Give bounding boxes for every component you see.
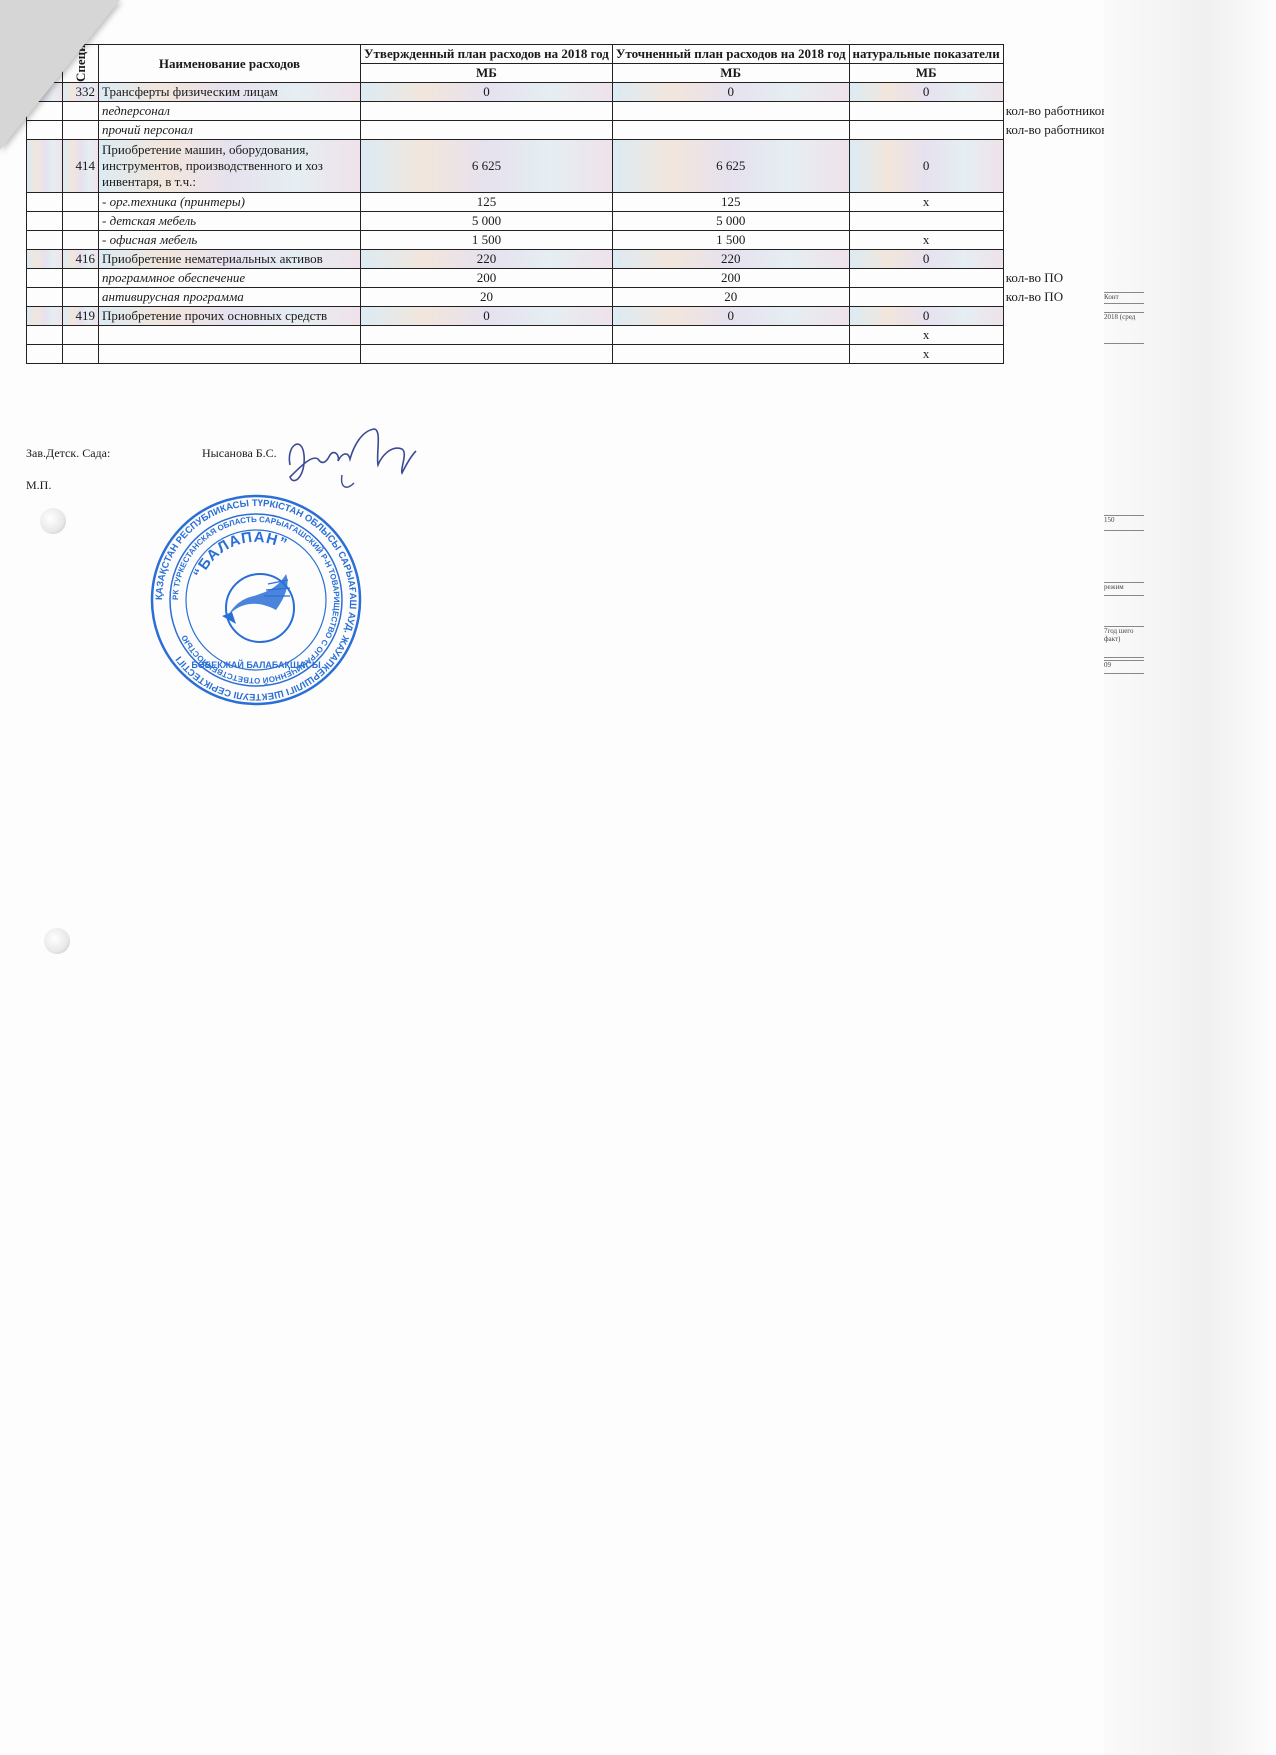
approved-plan-cell	[361, 121, 613, 140]
folded-page-corner	[0, 0, 120, 150]
dove-emblem-icon	[222, 574, 294, 642]
expense-name-cell: прочий персонал	[99, 121, 361, 140]
program-cell	[27, 269, 63, 288]
approved-plan-cell: 6 625	[361, 140, 613, 193]
punch-hole	[44, 928, 70, 954]
table-row: - офисная мебель1 5001 500х	[27, 231, 1004, 250]
table-row: 414Приобретение машин, оборудования, инс…	[27, 140, 1004, 193]
specifics-code-cell	[63, 345, 99, 364]
table-row: антивирусная программа2020	[27, 288, 1004, 307]
specifics-code-cell	[63, 269, 99, 288]
program-cell	[27, 250, 63, 269]
table-row: педперсонал	[27, 102, 1004, 121]
budget-table: Программа Специфика Наименование расходо…	[26, 44, 1004, 364]
natural-indicator-cell: х	[849, 326, 1003, 345]
table-row: - детская мебель5 0005 000	[27, 212, 1004, 231]
revised-plan-cell: 5 000	[612, 212, 849, 231]
specifics-code-cell	[63, 288, 99, 307]
table-row: 332Трансферты физическим лицам000	[27, 83, 1004, 102]
natural-indicator-cell: 0	[849, 83, 1003, 102]
expense-name-cell: Приобретение прочих основных средств	[99, 307, 361, 326]
approved-plan-cell: 0	[361, 307, 613, 326]
header-expense-name: Наименование расходов	[99, 45, 361, 83]
approved-plan-cell: 1 500	[361, 231, 613, 250]
table-row: 416Приобретение нематериальных активов22…	[27, 250, 1004, 269]
edge-fragment: 2018 (сред	[1104, 312, 1144, 344]
unit-approved: МБ	[361, 64, 613, 83]
program-cell	[27, 288, 63, 307]
row-side-note: кол-во работников	[1006, 122, 1108, 138]
header-approved-plan: Утвержденный план расходов на 2018 год	[361, 45, 613, 64]
expense-name-cell	[99, 345, 361, 364]
edge-fragment: Конт	[1104, 292, 1144, 304]
row-side-note: кол-во работников	[1006, 103, 1108, 119]
unit-revised: МБ	[612, 64, 849, 83]
position-label: Зав.Детск. Сада:	[26, 446, 110, 461]
specifics-code-cell	[63, 231, 99, 250]
revised-plan-cell: 6 625	[612, 140, 849, 193]
revised-plan-cell: 0	[612, 83, 849, 102]
edge-fragment: 150	[1104, 515, 1144, 531]
stamp-bottom-text: БӨБЕКЖАЙ БАЛАБАҚШАСЫ	[191, 659, 321, 670]
expense-name-cell: Приобретение машин, оборудования, инстру…	[99, 140, 361, 193]
natural-indicator-cell: 0	[849, 307, 1003, 326]
official-stamp: ҚАЗАҚСТАН РЕСПУБЛИКАСЫ ТҮРКІСТАН ОБЛЫСЫ …	[148, 492, 364, 708]
expense-name-cell: программное обеспечение	[99, 269, 361, 288]
approved-plan-cell	[361, 345, 613, 364]
specifics-code-cell: 416	[63, 250, 99, 269]
expense-name-cell: - офисная мебель	[99, 231, 361, 250]
program-cell	[27, 212, 63, 231]
row-side-note: кол-во ПО	[1006, 270, 1063, 286]
approved-plan-cell: 0	[361, 83, 613, 102]
revised-plan-cell	[612, 345, 849, 364]
program-cell	[27, 307, 63, 326]
approved-plan-cell	[361, 326, 613, 345]
program-cell	[27, 193, 63, 212]
natural-indicator-cell: 0	[849, 140, 1003, 193]
table-row: программное обеспечение200200	[27, 269, 1004, 288]
program-cell	[27, 345, 63, 364]
punch-hole	[40, 508, 66, 534]
expense-name-cell: антивирусная программа	[99, 288, 361, 307]
row-side-note: кол-во ПО	[1006, 289, 1063, 305]
unit-natural: МБ	[849, 64, 1003, 83]
header-revised-plan: Уточненный план расходов на 2018 год	[612, 45, 849, 64]
revised-plan-cell	[612, 326, 849, 345]
natural-indicator-cell: х	[849, 345, 1003, 364]
revised-plan-cell	[612, 102, 849, 121]
natural-indicator-cell	[849, 269, 1003, 288]
approved-plan-cell: 125	[361, 193, 613, 212]
natural-indicator-cell: х	[849, 193, 1003, 212]
specifics-code-cell	[63, 212, 99, 231]
edge-fragment: 7год шего факт)	[1104, 626, 1144, 658]
table-row: х	[27, 345, 1004, 364]
approved-plan-cell: 20	[361, 288, 613, 307]
revised-plan-cell	[612, 121, 849, 140]
specifics-code-cell	[63, 193, 99, 212]
approved-plan-cell	[361, 102, 613, 121]
natural-indicator-cell	[849, 121, 1003, 140]
table-row: прочий персонал	[27, 121, 1004, 140]
natural-indicator-cell	[849, 212, 1003, 231]
revised-plan-cell: 125	[612, 193, 849, 212]
table-row: 419Приобретение прочих основных средств0…	[27, 307, 1004, 326]
revised-plan-cell: 0	[612, 307, 849, 326]
natural-indicator-cell	[849, 102, 1003, 121]
expense-name-cell: Приобретение нематериальных активов	[99, 250, 361, 269]
natural-indicator-cell	[849, 288, 1003, 307]
approved-plan-cell: 200	[361, 269, 613, 288]
expense-name-cell: - детская мебель	[99, 212, 361, 231]
revised-plan-cell: 20	[612, 288, 849, 307]
expense-name-cell	[99, 326, 361, 345]
table-row: х	[27, 326, 1004, 345]
table-row: - орг.техника (принтеры)125125х	[27, 193, 1004, 212]
signatory-name: Нысанова Б.С.	[202, 446, 277, 461]
revised-plan-cell: 1 500	[612, 231, 849, 250]
handwritten-signature	[282, 425, 422, 495]
seal-label: М.П.	[26, 478, 51, 493]
natural-indicator-cell: 0	[849, 250, 1003, 269]
edge-fragment: режим	[1104, 582, 1144, 596]
header-natural-indicators: натуральные показатели	[849, 45, 1003, 64]
edge-fragment: 09	[1104, 660, 1144, 674]
program-cell	[27, 231, 63, 250]
adjacent-page-edge	[1104, 0, 1276, 1755]
revised-plan-cell: 220	[612, 250, 849, 269]
expense-name-cell: - орг.техника (принтеры)	[99, 193, 361, 212]
expense-name-cell: педперсонал	[99, 102, 361, 121]
approved-plan-cell: 5 000	[361, 212, 613, 231]
natural-indicator-cell: х	[849, 231, 1003, 250]
expense-name-cell: Трансферты физическим лицам	[99, 83, 361, 102]
revised-plan-cell: 200	[612, 269, 849, 288]
specifics-code-cell	[63, 326, 99, 345]
approved-plan-cell: 220	[361, 250, 613, 269]
program-cell	[27, 326, 63, 345]
specifics-code-cell: 419	[63, 307, 99, 326]
